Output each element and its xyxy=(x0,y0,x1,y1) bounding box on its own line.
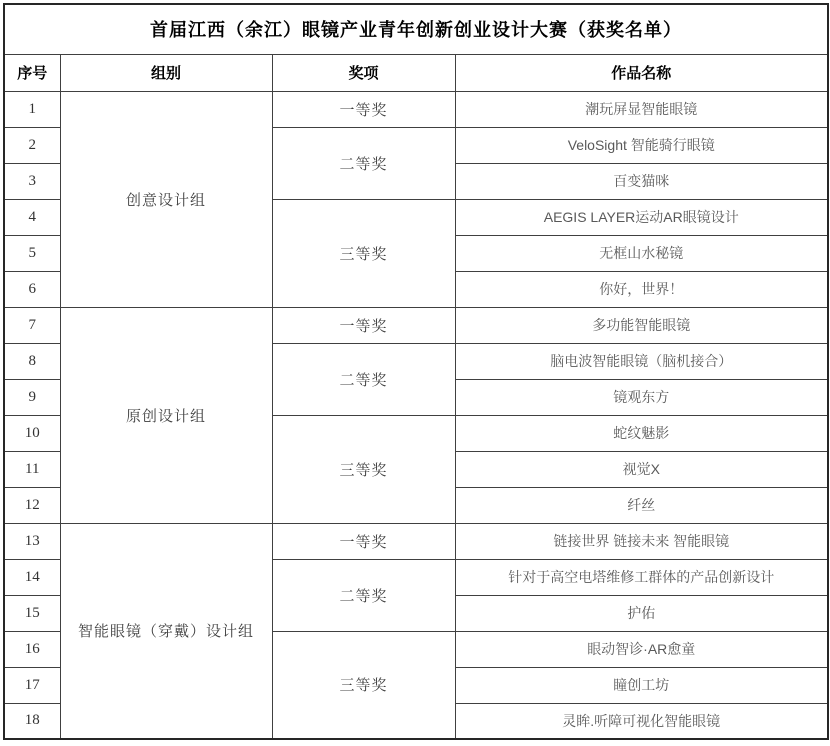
row-number-cell: 17 xyxy=(4,667,60,703)
work-name-cell: 无框山水秘镜 xyxy=(455,235,828,271)
award-level-cell: 一等奖 xyxy=(272,91,455,127)
table-title-row: 首届江西（余江）眼镜产业青年创新创业设计大赛（获奖名单） xyxy=(4,4,828,54)
table-row: 13智能眼镜（穿戴）设计组一等奖链接世界 链接未来 智能眼镜 xyxy=(4,523,828,559)
column-header-group: 组别 xyxy=(60,54,272,91)
table-row: 1创意设计组一等奖潮玩屏显智能眼镜 xyxy=(4,91,828,127)
work-name-cell: 针对于高空电塔维修工群体的产品创新设计 xyxy=(455,559,828,595)
work-name-cell: 百变猫咪 xyxy=(455,163,828,199)
row-number-cell: 5 xyxy=(4,235,60,271)
row-number-cell: 9 xyxy=(4,379,60,415)
row-number-cell: 13 xyxy=(4,523,60,559)
column-header-work: 作品名称 xyxy=(455,54,828,91)
work-name-cell: 链接世界 链接未来 智能眼镜 xyxy=(455,523,828,559)
work-name-cell: 多功能智能眼镜 xyxy=(455,307,828,343)
work-name-cell: AEGIS LAYER运动AR眼镜设计 xyxy=(455,199,828,235)
work-name-cell: 灵眸.听障可视化智能眼镜 xyxy=(455,703,828,739)
award-list-table: 首届江西（余江）眼镜产业青年创新创业设计大赛（获奖名单） 序号 组别 奖项 作品… xyxy=(3,3,829,740)
work-name-cell: 纤丝 xyxy=(455,487,828,523)
award-level-cell: 一等奖 xyxy=(272,307,455,343)
award-level-cell: 三等奖 xyxy=(272,631,455,739)
row-number-cell: 2 xyxy=(4,127,60,163)
row-number-cell: 11 xyxy=(4,451,60,487)
award-level-cell: 三等奖 xyxy=(272,199,455,307)
table-title: 首届江西（余江）眼镜产业青年创新创业设计大赛（获奖名单） xyxy=(4,4,828,54)
row-number-cell: 7 xyxy=(4,307,60,343)
work-name-cell: 镜观东方 xyxy=(455,379,828,415)
work-name-cell: VeloSight 智能骑行眼镜 xyxy=(455,127,828,163)
work-name-cell: 脑电波智能眼镜（脑机接合） xyxy=(455,343,828,379)
row-number-cell: 15 xyxy=(4,595,60,631)
column-header-award: 奖项 xyxy=(272,54,455,91)
column-header-num: 序号 xyxy=(4,54,60,91)
work-name-cell: 你好，世界！ xyxy=(455,271,828,307)
award-table-body: 1创意设计组一等奖潮玩屏显智能眼镜2二等奖VeloSight 智能骑行眼镜3百变… xyxy=(4,91,828,739)
award-level-cell: 一等奖 xyxy=(272,523,455,559)
row-number-cell: 18 xyxy=(4,703,60,739)
award-level-cell: 三等奖 xyxy=(272,415,455,523)
group-name-cell: 创意设计组 xyxy=(60,91,272,307)
row-number-cell: 10 xyxy=(4,415,60,451)
row-number-cell: 16 xyxy=(4,631,60,667)
group-name-cell: 原创设计组 xyxy=(60,307,272,523)
award-level-cell: 二等奖 xyxy=(272,343,455,415)
table-header-row: 序号 组别 奖项 作品名称 xyxy=(4,54,828,91)
award-level-cell: 二等奖 xyxy=(272,559,455,631)
page: 首届江西（余江）眼镜产业青年创新创业设计大赛（获奖名单） 序号 组别 奖项 作品… xyxy=(0,0,830,746)
work-name-cell: 护佑 xyxy=(455,595,828,631)
row-number-cell: 1 xyxy=(4,91,60,127)
work-name-cell: 潮玩屏显智能眼镜 xyxy=(455,91,828,127)
row-number-cell: 12 xyxy=(4,487,60,523)
row-number-cell: 4 xyxy=(4,199,60,235)
row-number-cell: 14 xyxy=(4,559,60,595)
work-name-cell: 蛇纹魅影 xyxy=(455,415,828,451)
award-level-cell: 二等奖 xyxy=(272,127,455,199)
row-number-cell: 3 xyxy=(4,163,60,199)
work-name-cell: 眼动智诊·AR愈童 xyxy=(455,631,828,667)
table-row: 7原创设计组一等奖多功能智能眼镜 xyxy=(4,307,828,343)
row-number-cell: 8 xyxy=(4,343,60,379)
row-number-cell: 6 xyxy=(4,271,60,307)
work-name-cell: 视觉X xyxy=(455,451,828,487)
work-name-cell: 瞳创工坊 xyxy=(455,667,828,703)
group-name-cell: 智能眼镜（穿戴）设计组 xyxy=(60,523,272,739)
